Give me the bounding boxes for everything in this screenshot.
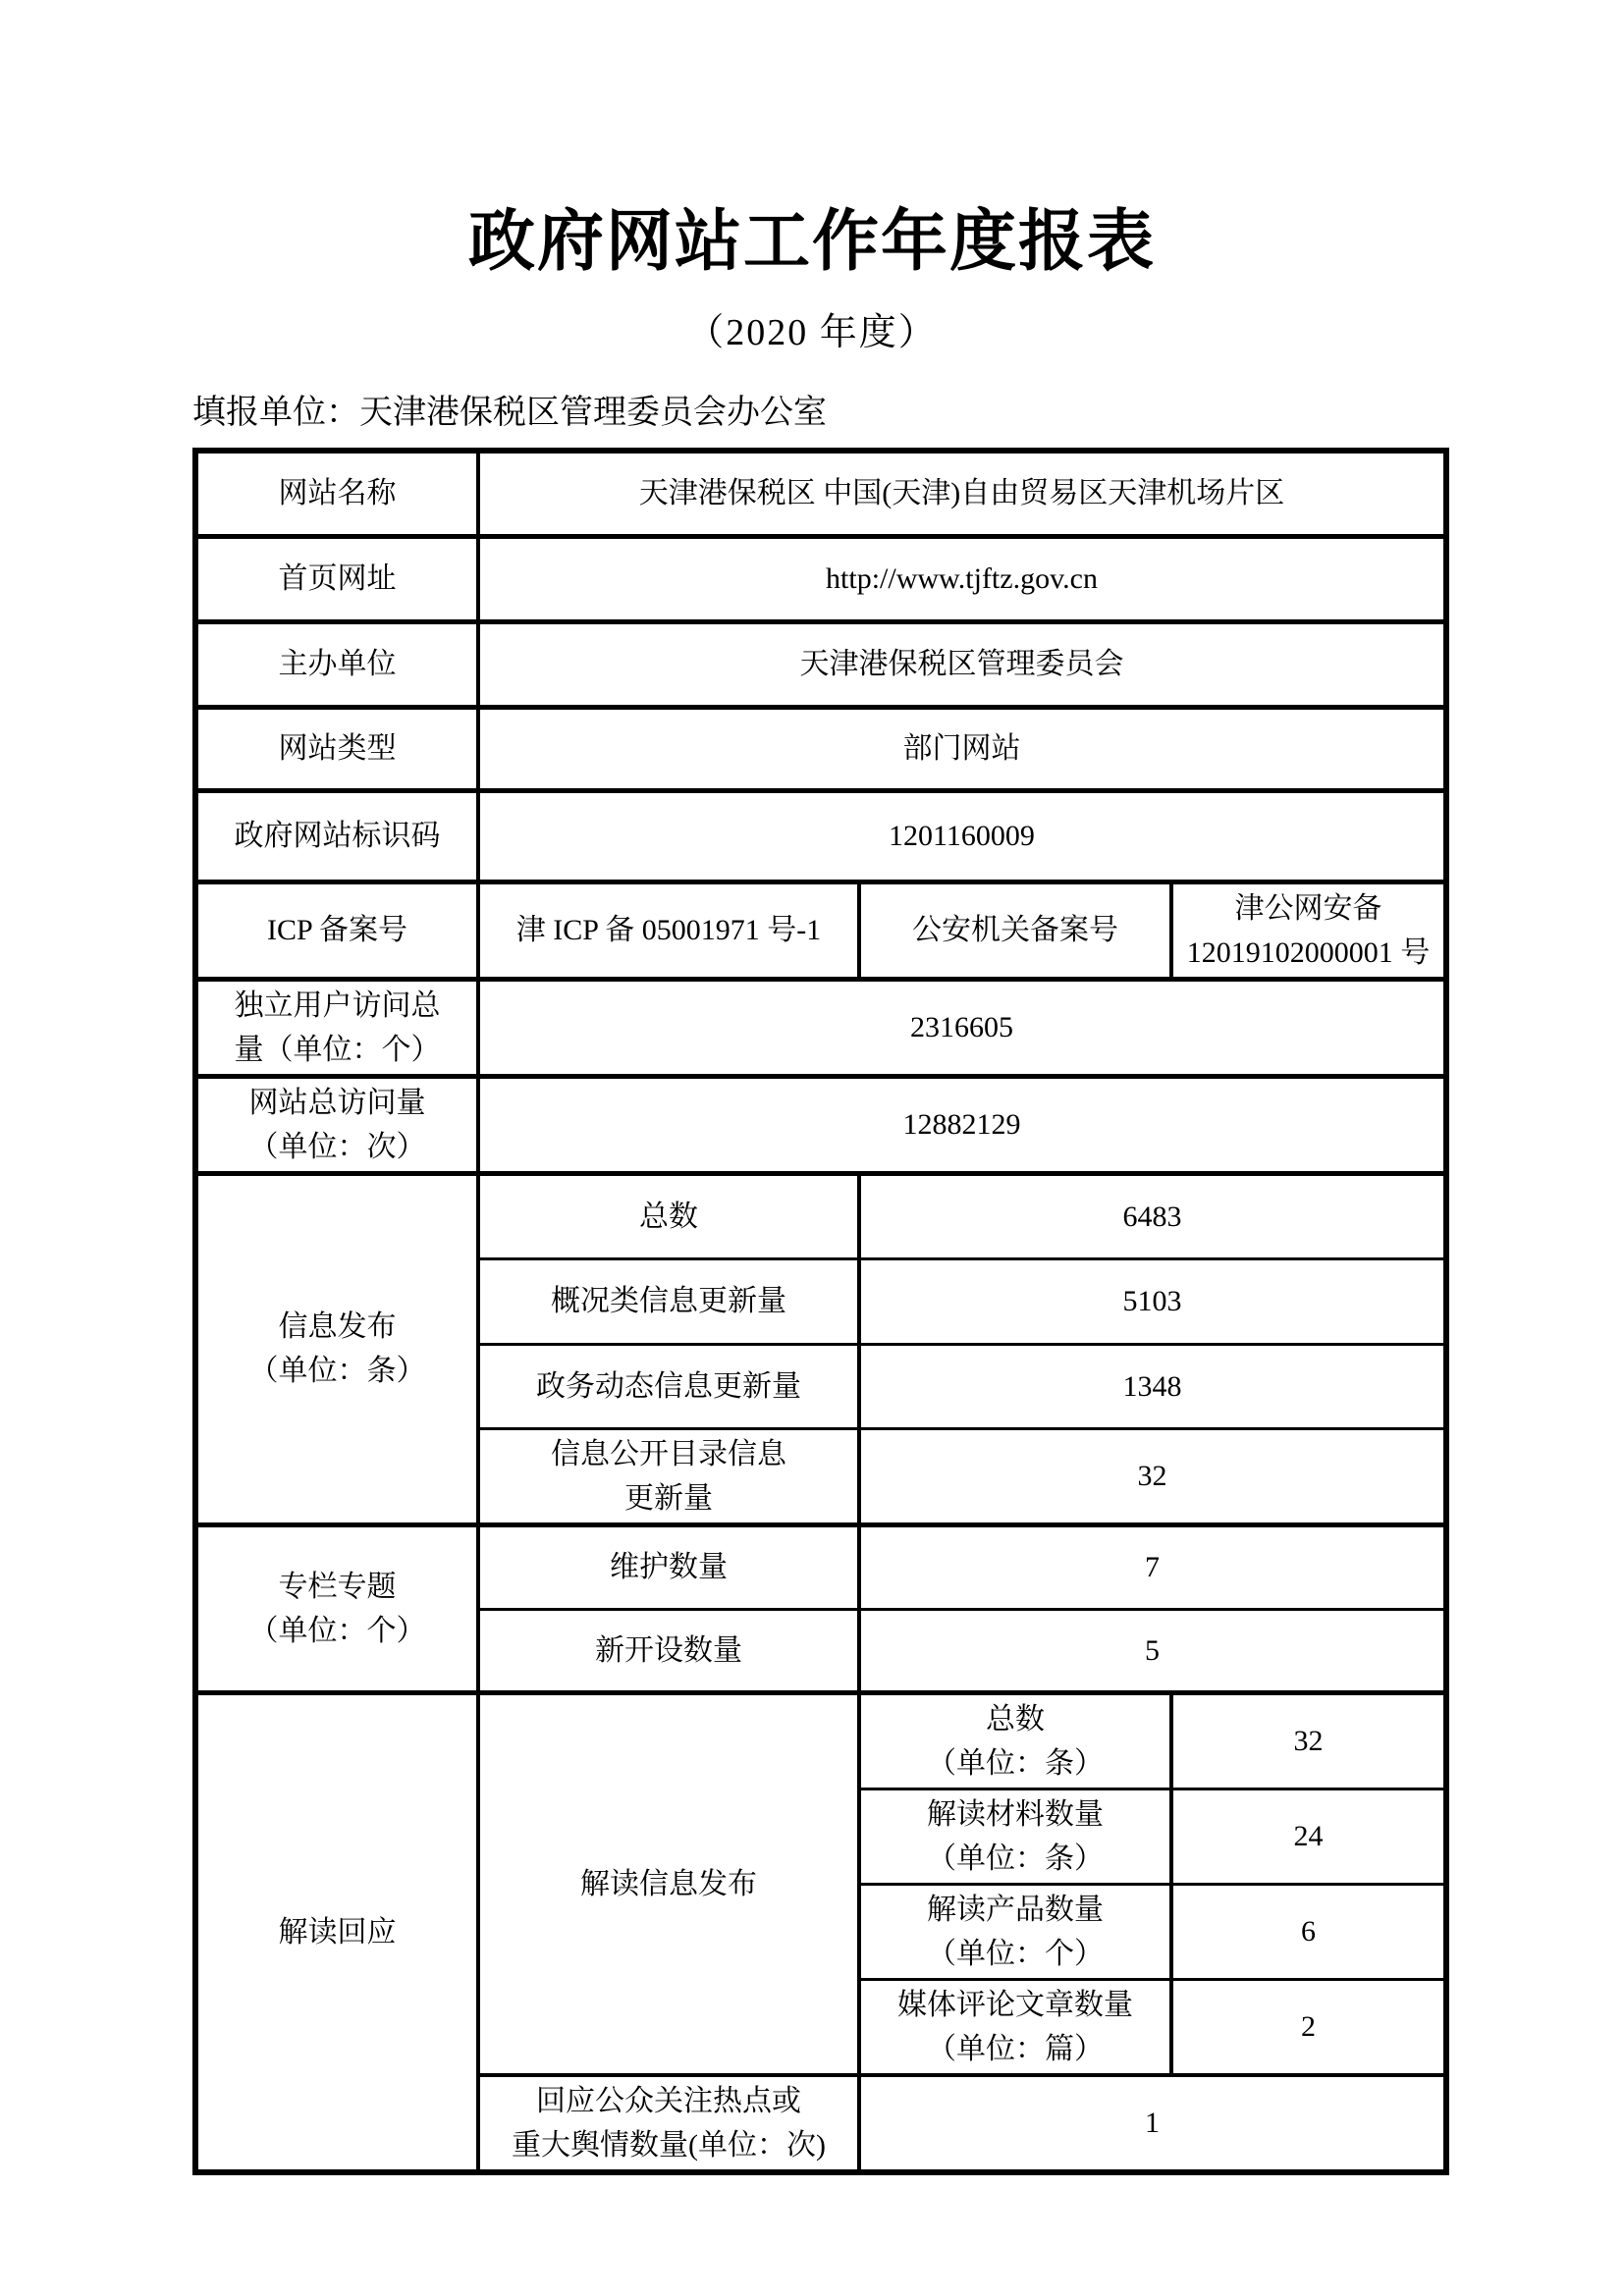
- hotspot-response-value: 1: [859, 2075, 1446, 2172]
- interpretation-publish-label: 解读信息发布: [478, 1692, 859, 2075]
- row-unique-visitors: 独立用户访问总 量（单位：个） 2316605: [195, 979, 1446, 1076]
- site-type-label: 网站类型: [195, 707, 478, 790]
- directory-updates-value: 32: [859, 1428, 1446, 1524]
- row-site-code: 政府网站标识码 1201160009: [195, 790, 1446, 881]
- row-total-visits: 网站总访问量 （单位：次） 12882129: [195, 1076, 1446, 1173]
- unique-visitors-value: 2316605: [478, 979, 1446, 1076]
- gov-news-updates-value: 1348: [859, 1344, 1446, 1428]
- site-name-label: 网站名称: [195, 451, 478, 536]
- media-articles-value: 2: [1171, 1979, 1446, 2075]
- total-visits-value: 12882129: [478, 1076, 1446, 1173]
- organizer-label: 主办单位: [195, 621, 478, 707]
- row-info-publish-total: 信息发布 （单位：条） 总数 6483: [195, 1173, 1446, 1258]
- info-publish-section-label: 信息发布 （单位：条）: [195, 1173, 478, 1524]
- info-publish-total-label: 总数: [478, 1173, 859, 1258]
- interpretation-total-value: 32: [1171, 1692, 1446, 1789]
- page-title: 政府网站工作年度报表: [0, 0, 1624, 275]
- row-icp: ICP 备案号 津 ICP 备 05001971 号-1 公安机关备案号 津公网…: [195, 881, 1446, 979]
- document-page: 政府网站工作年度报表 （2020 年度） 填报单位：天津港保税区管理委员会办公室…: [0, 0, 1624, 2296]
- interpretation-products-value: 6: [1171, 1884, 1446, 1979]
- columns-new-value: 5: [859, 1609, 1446, 1692]
- unique-visitors-label: 独立用户访问总 量（单位：个）: [195, 979, 478, 1076]
- directory-updates-label: 信息公开目录信息 更新量: [478, 1428, 859, 1524]
- info-publish-total-value: 6483: [859, 1173, 1446, 1258]
- page-subtitle: （2020 年度）: [0, 314, 1624, 351]
- columns-maintained-value: 7: [859, 1524, 1446, 1609]
- site-type-value: 部门网站: [478, 707, 1446, 790]
- interpretation-total-label: 总数 （单位：条）: [859, 1692, 1171, 1789]
- interpretation-materials-label: 解读材料数量 （单位：条）: [859, 1789, 1171, 1884]
- icp-value: 津 ICP 备 05001971 号-1: [478, 881, 859, 979]
- site-code-value: 1201160009: [478, 790, 1446, 881]
- columns-new-label: 新开设数量: [478, 1609, 859, 1692]
- reporting-unit: 填报单位：天津港保税区管理委员会办公室: [192, 397, 1624, 430]
- row-columns-maintained: 专栏专题 （单位：个） 维护数量 7: [195, 1524, 1446, 1609]
- interpretation-materials-value: 24: [1171, 1789, 1446, 1884]
- icp-label: ICP 备案号: [195, 881, 478, 979]
- row-organizer: 主办单位 天津港保税区管理委员会: [195, 621, 1446, 707]
- interpretation-section-label: 解读回应: [195, 1692, 478, 2172]
- overview-updates-label: 概况类信息更新量: [478, 1258, 859, 1344]
- home-url-label: 首页网址: [195, 536, 478, 621]
- row-site-type: 网站类型 部门网站: [195, 707, 1446, 790]
- row-interpretation-total: 解读回应 解读信息发布 总数 （单位：条） 32: [195, 1692, 1446, 1789]
- site-code-label: 政府网站标识码: [195, 790, 478, 881]
- site-name-value: 天津港保税区 中国(天津)自由贸易区天津机场片区: [478, 451, 1446, 536]
- overview-updates-value: 5103: [859, 1258, 1446, 1344]
- gov-news-updates-label: 政务动态信息更新量: [478, 1344, 859, 1428]
- organizer-value: 天津港保税区管理委员会: [478, 621, 1446, 707]
- police-record-label: 公安机关备案号: [859, 881, 1171, 979]
- row-site-name: 网站名称 天津港保税区 中国(天津)自由贸易区天津机场片区: [195, 451, 1446, 536]
- columns-maintained-label: 维护数量: [478, 1524, 859, 1609]
- interpretation-products-label: 解读产品数量 （单位：个）: [859, 1884, 1171, 1979]
- annual-report-table: 网站名称 天津港保税区 中国(天津)自由贸易区天津机场片区 首页网址 http:…: [192, 448, 1449, 2175]
- home-url-value: http://www.tjftz.gov.cn: [478, 536, 1446, 621]
- special-columns-section-label: 专栏专题 （单位：个）: [195, 1524, 478, 1692]
- media-articles-label: 媒体评论文章数量 （单位：篇）: [859, 1979, 1171, 2075]
- police-record-value: 津公网安备 12019102000001 号: [1171, 881, 1446, 979]
- row-home-url: 首页网址 http://www.tjftz.gov.cn: [195, 536, 1446, 621]
- total-visits-label: 网站总访问量 （单位：次）: [195, 1076, 478, 1173]
- hotspot-response-label: 回应公众关注热点或 重大舆情数量(单位：次): [478, 2075, 859, 2172]
